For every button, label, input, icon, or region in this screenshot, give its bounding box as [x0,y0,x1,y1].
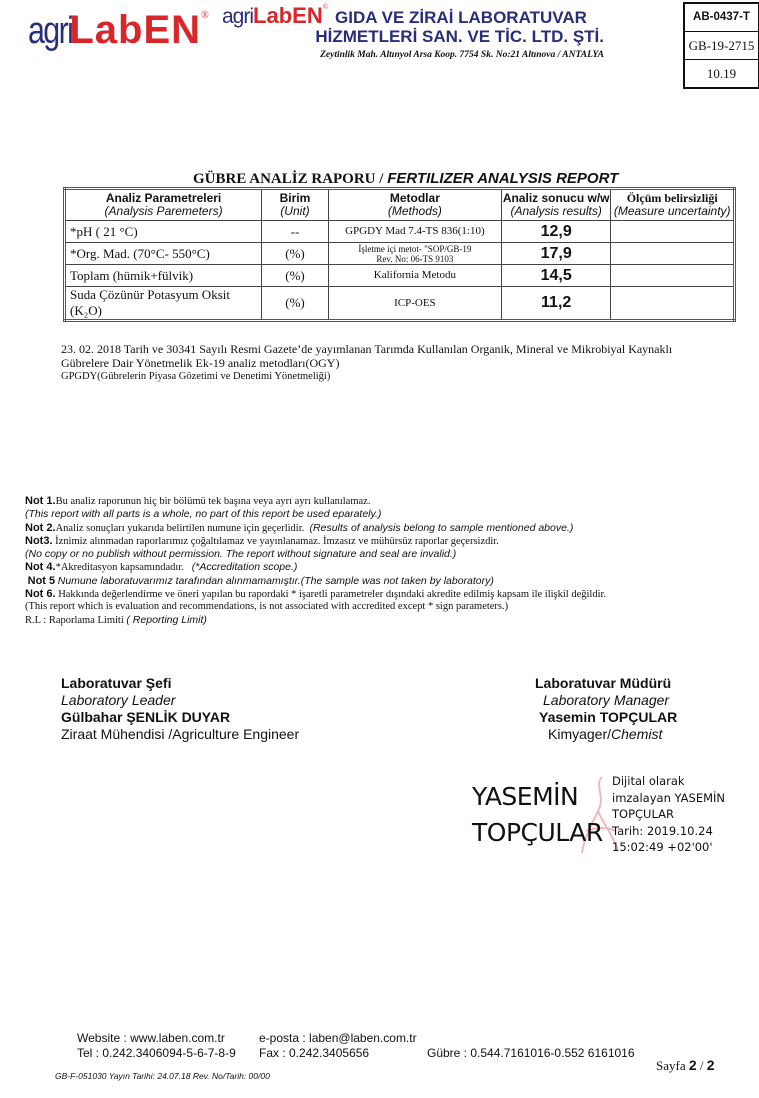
logo-agri-text: agri [28,10,72,53]
note-line: Not3. İznimiz alınmadan raporlarımız çoğ… [25,535,745,548]
signer-title-tr: Laboratuvar Şefi [61,675,299,692]
table-row: Suda Çözünür Potasyum Oksit (K₂O) (%) IC… [65,287,735,321]
accreditation-code: AB-0437-T [685,4,758,32]
report-date-code: 10.19 [685,60,758,87]
note-line: Not 6. Hakkında değerlendirme ve öneri y… [25,588,745,601]
company-header: agriLabEN© GIDA VE ZİRAİ LABORATUVAR HİZ… [222,3,612,60]
logo-laben-text: LabEN [69,8,201,53]
column-header-results: Analiz sonucu w/w(Analysis results) [501,189,611,221]
signer-role: Ziraat Mühendisi /Agriculture Engineer [61,726,299,743]
signature-block-right: Laboratuvar Müdürü Laboratory Manager Ya… [535,675,677,743]
form-code: GB-F-051030 Yayın Tarihi: 24.07.18 Rev. … [55,1071,270,1081]
note-line: Not 1.Bu analiz raporunun hiç bir bölümü… [25,495,745,508]
company-name-line2: HİZMETLERİ SAN. VE TİC. LTD. ŞTİ. [222,27,612,47]
column-header-parameters: Analiz Parametreleri(Analysis Paremeters… [65,189,262,221]
unit-cell: -- [262,221,329,243]
notes-section: Not 1.Bu analiz raporunun hiç bir bölümü… [25,495,745,627]
signer-title-tr: Laboratuvar Müdürü [535,675,677,692]
footer-email[interactable]: e-posta : laben@laben.com.tr [259,1031,417,1046]
column-header-methods: Metodlar(Methods) [328,189,501,221]
report-number: GB-19-2715 [685,32,758,60]
column-header-uncertainty: Ölçüm belirsizliği(Measure uncertainty) [611,189,735,221]
company-name-line1: GIDA VE ZİRAİ LABORATUVAR [335,8,587,27]
note-line: Not 2.Analiz sonuçları yukarıda belirtil… [25,522,745,535]
note-line: (This report with all parts is a whole, … [25,508,745,521]
company-logo-laben: LabEN [253,3,323,28]
regulation-reference: 23. 02. 2018 Tarih ve 30341 Sayılı Resmi… [61,342,741,384]
report-title: GÜBRE ANALİZ RAPORU / FERTILIZER ANALYSI… [193,170,618,188]
unit-cell: (%) [262,243,329,265]
company-address: Zeytinlik Mah. Altınyol Arsa Koop. 7754 … [222,50,612,60]
unit-cell: (%) [262,265,329,287]
regulation-line2: Gübrelere Dair Yönetmelik Ek-19 analiz m… [61,356,741,370]
result-cell: 12,9 [501,221,611,243]
note-line: R.L : Raporlama Limiti ( Reporting Limit… [25,614,745,627]
registered-icon: ® [201,10,209,21]
method-cell: Kalifornia Metodu [328,265,501,287]
unit-cell: (%) [262,287,329,321]
method-line1: İşletme içi metot- "SOP/GB-19 [329,244,501,254]
result-cell: 14,5 [501,265,611,287]
table-row: *pH ( 21 °C) -- GPGDY Mad 7.4-TS 836(1:1… [65,221,735,243]
note-line: Not 4.*Akreditasyon kapsamındadır. (*Acc… [25,561,745,574]
table-row: *Org. Mad. (70°C- 550°C) (%) İşletme içi… [65,243,735,265]
page-number: Sayfa 2 / 2 [656,1057,715,1074]
signer-name: Gülbahar ŞENLİK DUYAR [61,709,299,726]
method-cell: İşletme içi metot- "SOP/GB-19Rev. No: 06… [328,243,501,265]
method-cell: GPGDY Mad 7.4-TS 836(1:10) [328,221,501,243]
signature-block-left: Laboratuvar Şefi Laboratory Leader Gülba… [61,675,299,743]
method-line2: Rev. No: 06-TS 9103 [329,254,501,264]
company-logo-agri: agri [222,5,253,28]
uncertainty-cell [611,243,735,265]
signer-title-en: Laboratory Manager [535,692,677,709]
regulation-line3: GPGDY(Gübrelerin Piyasa Gözetimi ve Dene… [61,370,741,384]
company-logo: agriLabEN® [28,8,209,53]
signer-name: Yasemin TOPÇULAR [535,709,677,726]
note-line: (No copy or no publish without permissio… [25,548,745,561]
regulation-line1: 23. 02. 2018 Tarih ve 30341 Sayılı Resmi… [61,342,741,356]
footer-contact: Website : www.laben.com.tre-posta : labe… [77,1031,635,1061]
footer-tel: Tel : 0.242.3406094-5-6-7-8-9 [77,1046,259,1061]
uncertainty-cell [611,221,735,243]
table-row: Toplam (hümik+fülvik) (%) Kalifornia Met… [65,265,735,287]
footer-gubre: Gübre : 0.544.7161016-0.552 6161016 [427,1046,635,1061]
footer-website[interactable]: Website : www.laben.com.tr [77,1031,259,1046]
note-line: Not 5 Numune laboratuvarımız tarafından … [25,575,745,588]
results-table: Analiz Parametreleri(Analysis Paremeters… [63,187,736,322]
method-cell: ICP-OES [328,287,501,321]
report-title-en: FERTILIZER ANALYSIS REPORT [387,170,618,187]
copyright-icon: © [323,3,328,11]
footer-fax: Fax : 0.242.3405656 [259,1046,427,1061]
param-cell: *pH ( 21 °C) [65,221,262,243]
report-title-tr: GÜBRE ANALİZ RAPORU / [193,171,387,187]
note-line: (This report which is evaluation and rec… [25,601,745,613]
param-cell: Toplam (hümik+fülvik) [65,265,262,287]
table-header-row: Analiz Parametreleri(Analysis Paremeters… [65,189,735,221]
digital-signature-name: YASEMİN TOPÇULAR [472,779,603,851]
param-cell: Suda Çözünür Potasyum Oksit (K₂O) [65,287,262,321]
uncertainty-cell [611,265,735,287]
digital-signature-stamp: Dijital olarak imzalayan YASEMİN TOPÇULA… [612,773,725,856]
column-header-unit: Birim(Unit) [262,189,329,221]
result-cell: 17,9 [501,243,611,265]
signer-title-en: Laboratory Leader [61,692,299,709]
document-code-box: AB-0437-T GB-19-2715 10.19 [683,2,759,89]
digital-signature[interactable]: YASEMİN TOPÇULAR Dijital olarak imzalaya… [470,773,740,863]
param-cell: *Org. Mad. (70°C- 550°C) [65,243,262,265]
signer-role: Kimyager/Chemist [535,726,677,743]
uncertainty-cell [611,287,735,321]
result-cell: 11,2 [501,287,611,321]
